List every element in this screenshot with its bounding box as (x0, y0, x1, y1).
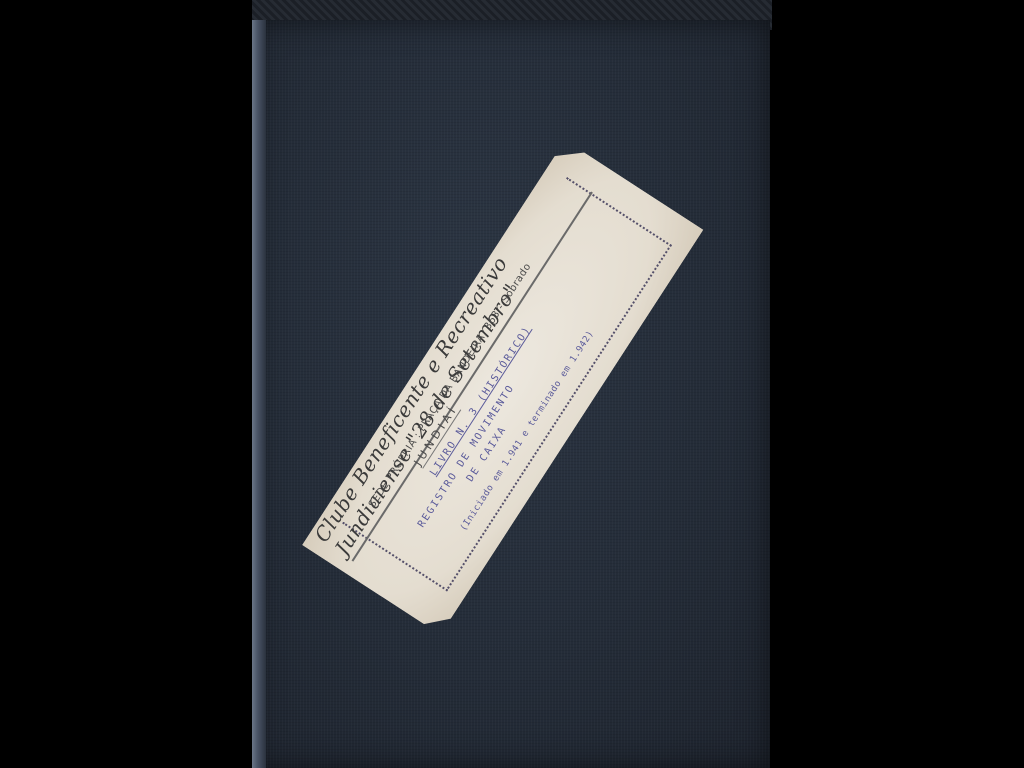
book-spine (252, 20, 266, 768)
